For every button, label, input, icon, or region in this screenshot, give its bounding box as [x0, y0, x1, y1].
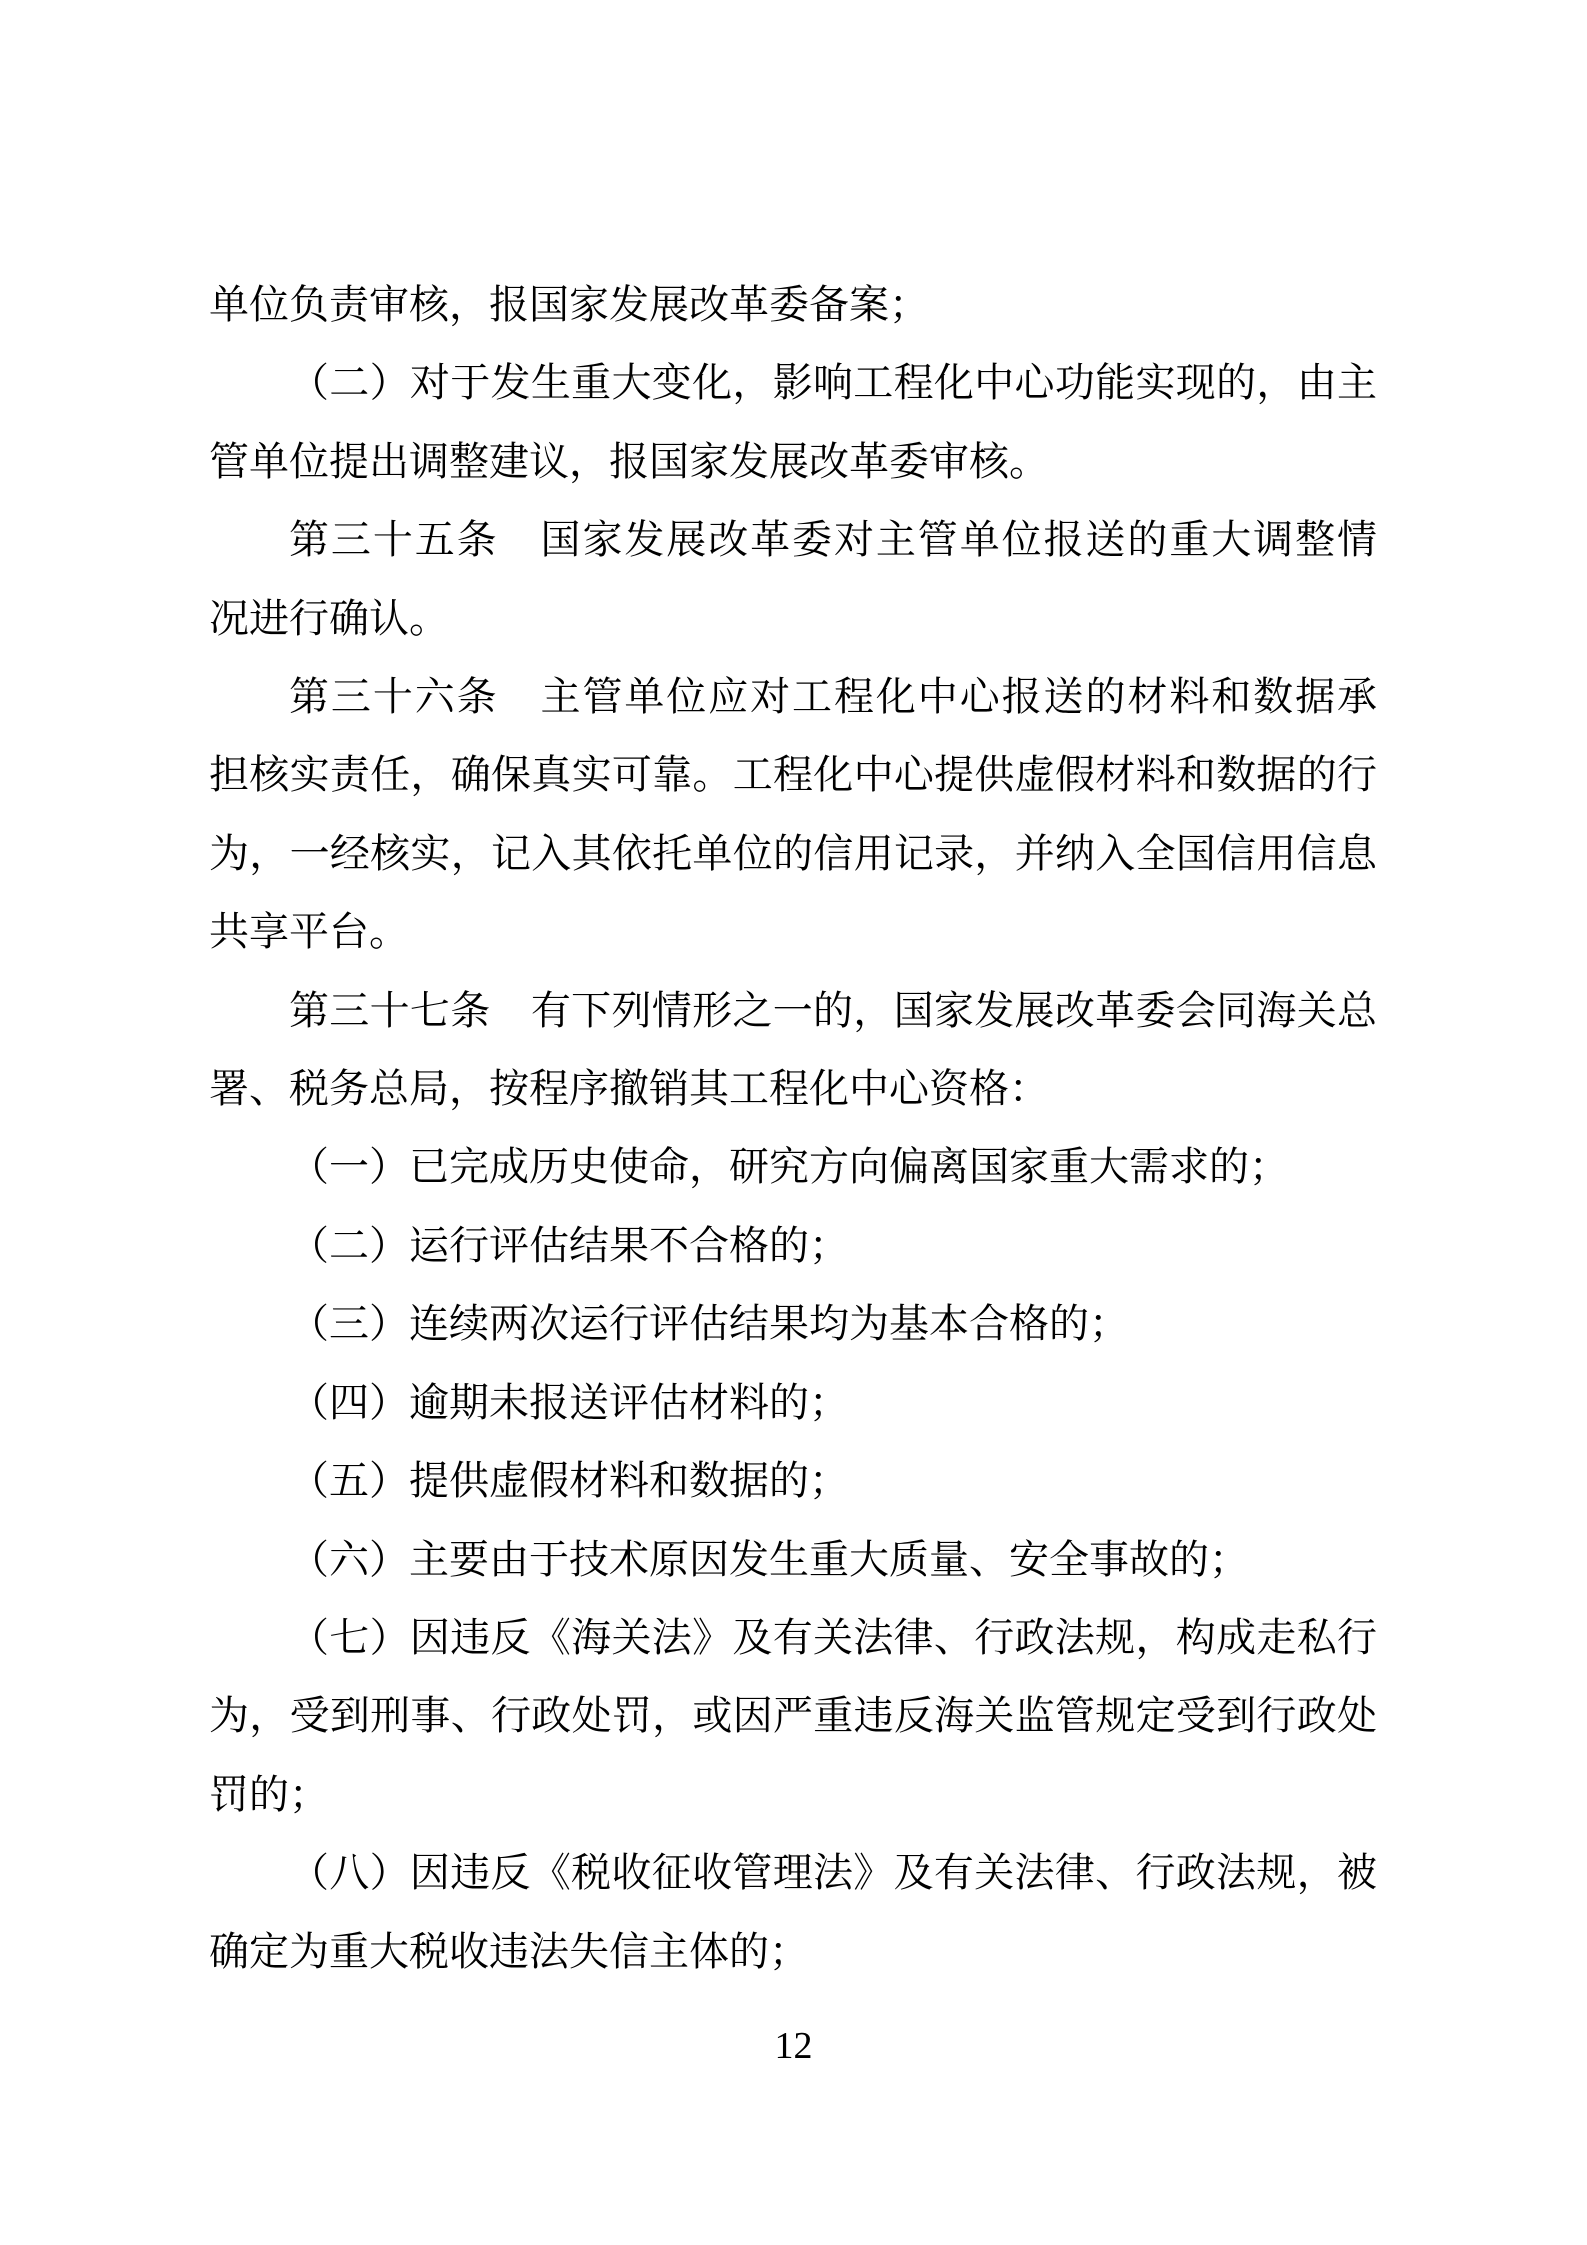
- text-line: （五）提供虚假材料和数据的；: [209, 1442, 1377, 1520]
- text-line: 况进行确认。: [209, 580, 1377, 658]
- text-line: （四）逾期未报送评估材料的；: [209, 1364, 1377, 1442]
- text-line: 署、税务总局，按程序撤销其工程化中心资格：: [209, 1050, 1377, 1128]
- text-line: 单位负责审核，报国家发展改革委备案；: [209, 266, 1377, 344]
- text-line: （八）因违反《税收征收管理法》及有关法律、行政法规，被: [209, 1834, 1377, 1912]
- text-line: 第三十六条 主管单位应对工程化中心报送的材料和数据承: [209, 658, 1377, 736]
- text-line: 为，一经核实，记入其依托单位的信用记录，并纳入全国信用信息: [209, 815, 1377, 893]
- page-number: 12: [0, 2024, 1587, 2068]
- text-line: （二）运行评估结果不合格的；: [209, 1207, 1377, 1285]
- text-line: 为，受到刑事、行政处罚，或因严重违反海关监管规定受到行政处: [209, 1677, 1377, 1755]
- text-line: （二）对于发生重大变化，影响工程化中心功能实现的，由主: [209, 344, 1377, 422]
- text-line: 确定为重大税收违法失信主体的；: [209, 1913, 1377, 1991]
- text-line: （三）连续两次运行评估结果均为基本合格的；: [209, 1285, 1377, 1363]
- text-line: 担核实责任，确保真实可靠。工程化中心提供虚假材料和数据的行: [209, 736, 1377, 814]
- document-page: 单位负责审核，报国家发展改革委备案；（二）对于发生重大变化，影响工程化中心功能实…: [0, 0, 1587, 2245]
- text-line: （七）因违反《海关法》及有关法律、行政法规，构成走私行: [209, 1599, 1377, 1677]
- text-lines: 单位负责审核，报国家发展改革委备案；（二）对于发生重大变化，影响工程化中心功能实…: [209, 266, 1377, 1991]
- text-line: 罚的；: [209, 1756, 1377, 1834]
- text-line: 第三十五条 国家发展改革委对主管单位报送的重大调整情: [209, 501, 1377, 579]
- text-line: 共享平台。: [209, 893, 1377, 971]
- text-line: （一）已完成历史使命，研究方向偏离国家重大需求的；: [209, 1128, 1377, 1206]
- text-line: （六）主要由于技术原因发生重大质量、安全事故的；: [209, 1521, 1377, 1599]
- text-line: 管单位提出调整建议，报国家发展改革委审核。: [209, 423, 1377, 501]
- text-line: 第三十七条 有下列情形之一的，国家发展改革委会同海关总: [209, 972, 1377, 1050]
